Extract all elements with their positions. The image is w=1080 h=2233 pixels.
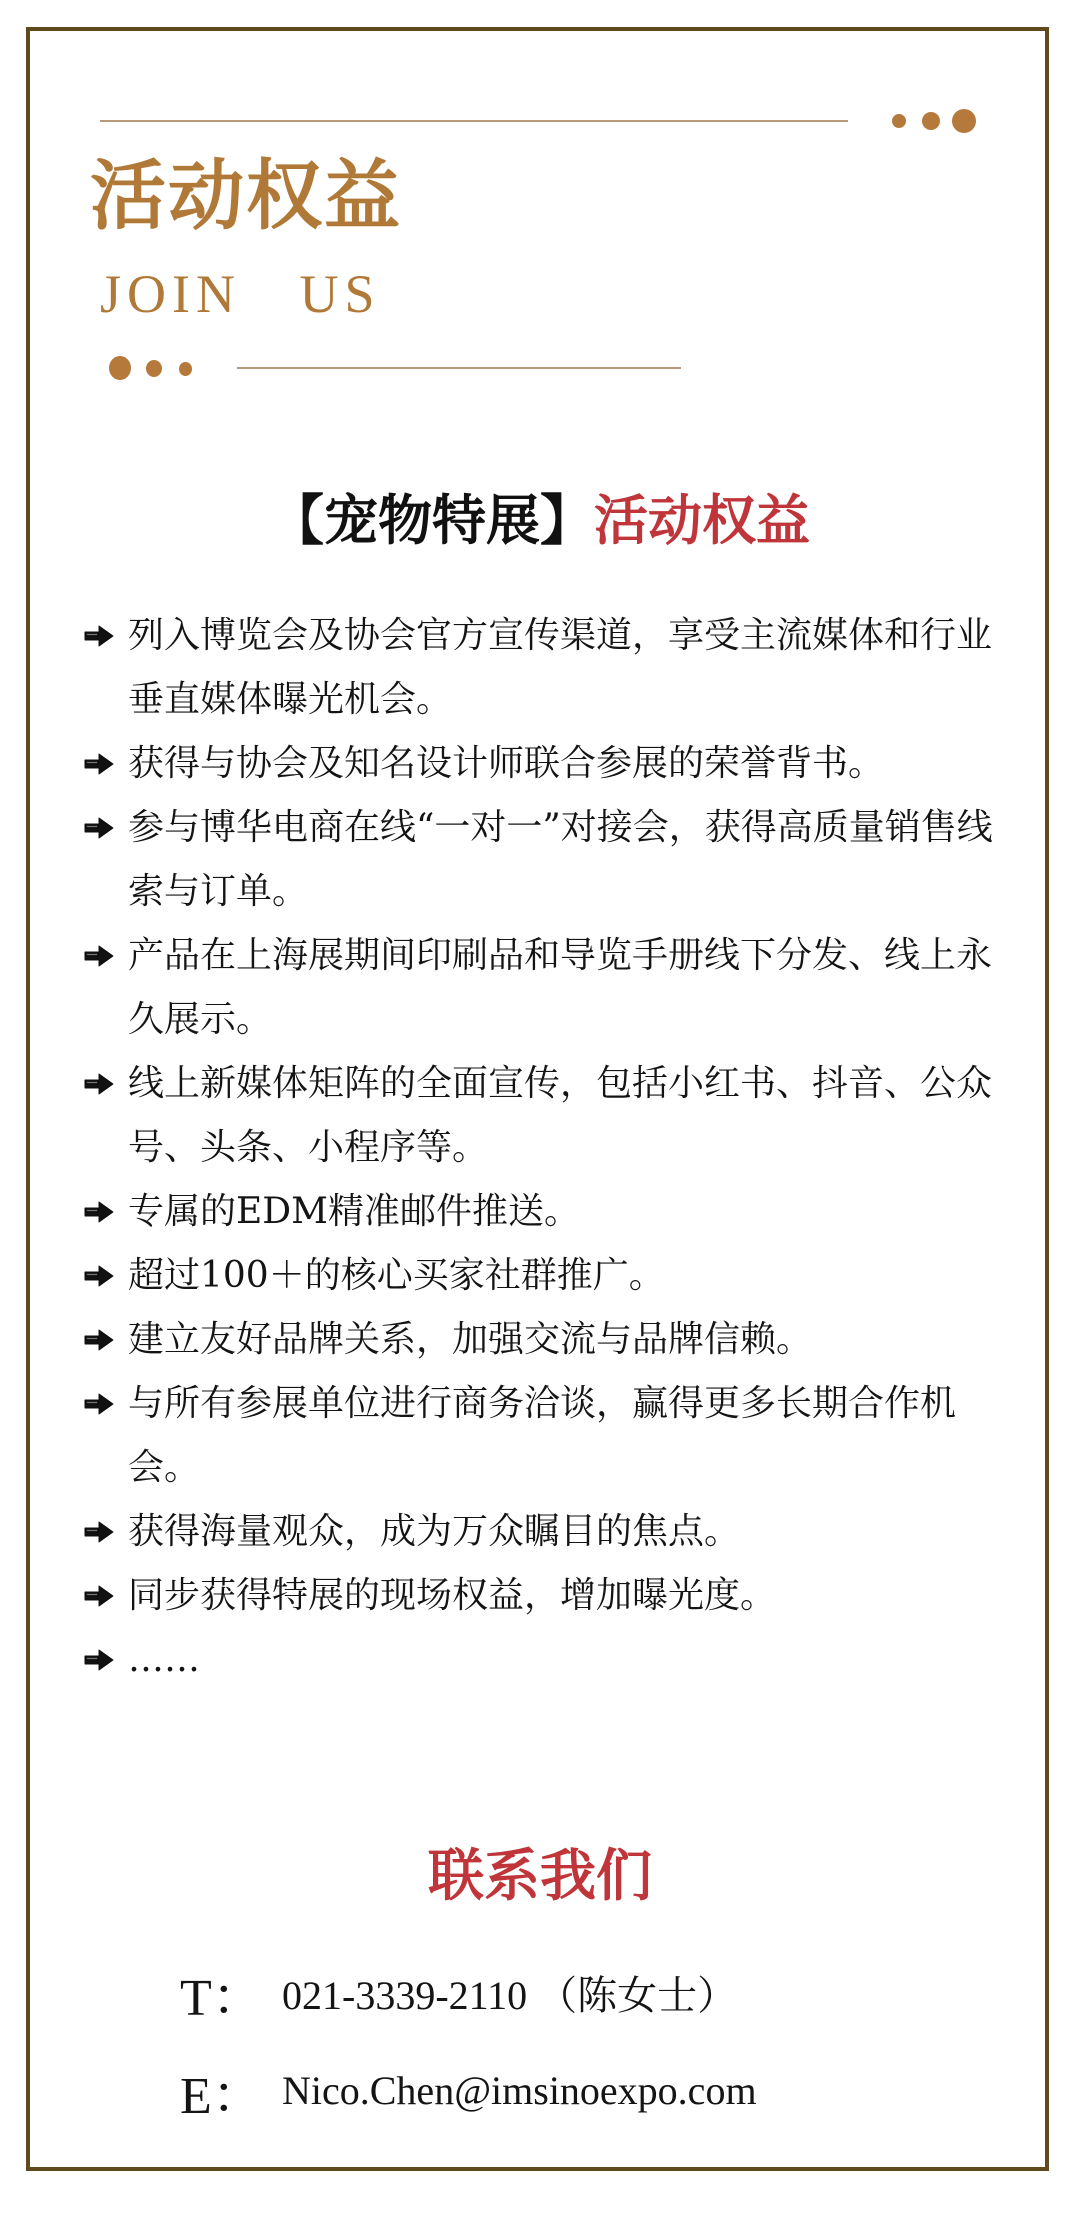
arrow-right-icon <box>84 1180 128 1244</box>
dot-medium-icon <box>922 112 940 130</box>
mid-divider-line <box>237 367 681 369</box>
dot-medium-icon <box>146 360 162 377</box>
arrow-right-icon <box>84 1244 128 1308</box>
arrow-right-icon <box>84 1372 128 1436</box>
benefit-item: 产品在上海展期间印刷品和导览手册线下分发、线上永久展示。 <box>84 924 1024 1052</box>
benefit-item: 列入博览会及协会官方宣传渠道，享受主流媒体和行业垂直媒体曝光机会。 <box>84 604 1024 732</box>
email-label: E： <box>180 2053 282 2128</box>
benefit-text: …… <box>128 1628 1024 1692</box>
phone-value[interactable]: 021-3339-2110 （陈女士） <box>282 1964 737 2021</box>
dot-small-icon <box>179 362 192 376</box>
benefit-item: 同步获得特展的现场权益，增加曝光度。 <box>84 1564 1024 1628</box>
benefit-text: 获得与协会及知名设计师联合参展的荣誉背书。 <box>128 732 1024 796</box>
benefit-text: 列入博览会及协会官方宣传渠道，享受主流媒体和行业垂直媒体曝光机会。 <box>128 604 1024 732</box>
arrow-right-icon <box>84 1500 128 1564</box>
benefit-item: …… <box>84 1628 1024 1692</box>
benefit-item: 获得与协会及知名设计师联合参展的荣誉背书。 <box>84 732 1024 796</box>
arrow-right-icon <box>84 1052 128 1116</box>
section-title: 【宠物特展】活动权益 <box>0 484 1080 556</box>
arrow-right-icon <box>84 796 128 860</box>
benefit-item: 超过100＋的核心买家社群推广。 <box>84 1244 1024 1308</box>
section-title-accent: 活动权益 <box>594 488 810 552</box>
phone-label: T： <box>180 1955 282 2030</box>
benefits-list: 列入博览会及协会官方宣传渠道，享受主流媒体和行业垂直媒体曝光机会。 获得与协会及… <box>84 604 1024 1692</box>
benefit-item: 建立友好品牌关系，加强交流与品牌信赖。 <box>84 1308 1024 1372</box>
benefit-item: 专属的EDM精准邮件推送。 <box>84 1180 1024 1244</box>
arrow-right-icon <box>84 924 128 988</box>
hero-subtitle: JOIN US <box>100 262 381 326</box>
arrow-right-icon <box>84 604 128 668</box>
arrow-right-icon <box>84 732 128 796</box>
arrow-right-icon <box>84 1628 128 1692</box>
benefit-item: 获得海量观众，成为万众瞩目的焦点。 <box>84 1500 1024 1564</box>
benefit-text: 与所有参展单位进行商务洽谈，赢得更多长期合作机会。 <box>128 1372 1024 1500</box>
hero-title: 活动权益 <box>90 148 402 244</box>
contact-email-row: E： Nico.Chen@imsinoexpo.com <box>180 2060 757 2120</box>
benefit-text: 线上新媒体矩阵的全面宣传，包括小红书、抖音、公众号、头条、小程序等。 <box>128 1052 1024 1180</box>
contact-phone-row: T： 021-3339-2110 （陈女士） <box>180 1962 737 2022</box>
benefit-item: 参与博华电商在线“一对一”对接会，获得高质量销售线索与订单。 <box>84 796 1024 924</box>
top-divider-line <box>100 120 848 122</box>
arrow-right-icon <box>84 1564 128 1628</box>
dot-small-icon <box>892 114 906 128</box>
benefit-text: 超过100＋的核心买家社群推广。 <box>128 1244 1024 1308</box>
dot-large-icon <box>109 356 131 380</box>
benefit-text: 同步获得特展的现场权益，增加曝光度。 <box>128 1564 1024 1628</box>
benefit-text: 建立友好品牌关系，加强交流与品牌信赖。 <box>128 1308 1024 1372</box>
dot-large-icon <box>952 109 976 133</box>
email-value[interactable]: Nico.Chen@imsinoexpo.com <box>282 2067 757 2114</box>
benefit-item: 线上新媒体矩阵的全面宣传，包括小红书、抖音、公众号、头条、小程序等。 <box>84 1052 1024 1180</box>
arrow-right-icon <box>84 1308 128 1372</box>
benefit-text: 获得海量观众，成为万众瞩目的焦点。 <box>128 1500 1024 1564</box>
benefit-text: 参与博华电商在线“一对一”对接会，获得高质量销售线索与订单。 <box>128 796 1024 924</box>
benefit-text: 产品在上海展期间印刷品和导览手册线下分发、线上永久展示。 <box>128 924 1024 1052</box>
benefit-text: 专属的EDM精准邮件推送。 <box>128 1180 1024 1244</box>
contact-title: 联系我们 <box>0 1840 1080 1912</box>
section-title-prefix: 【宠物特展】 <box>270 488 594 552</box>
benefit-item: 与所有参展单位进行商务洽谈，赢得更多长期合作机会。 <box>84 1372 1024 1500</box>
